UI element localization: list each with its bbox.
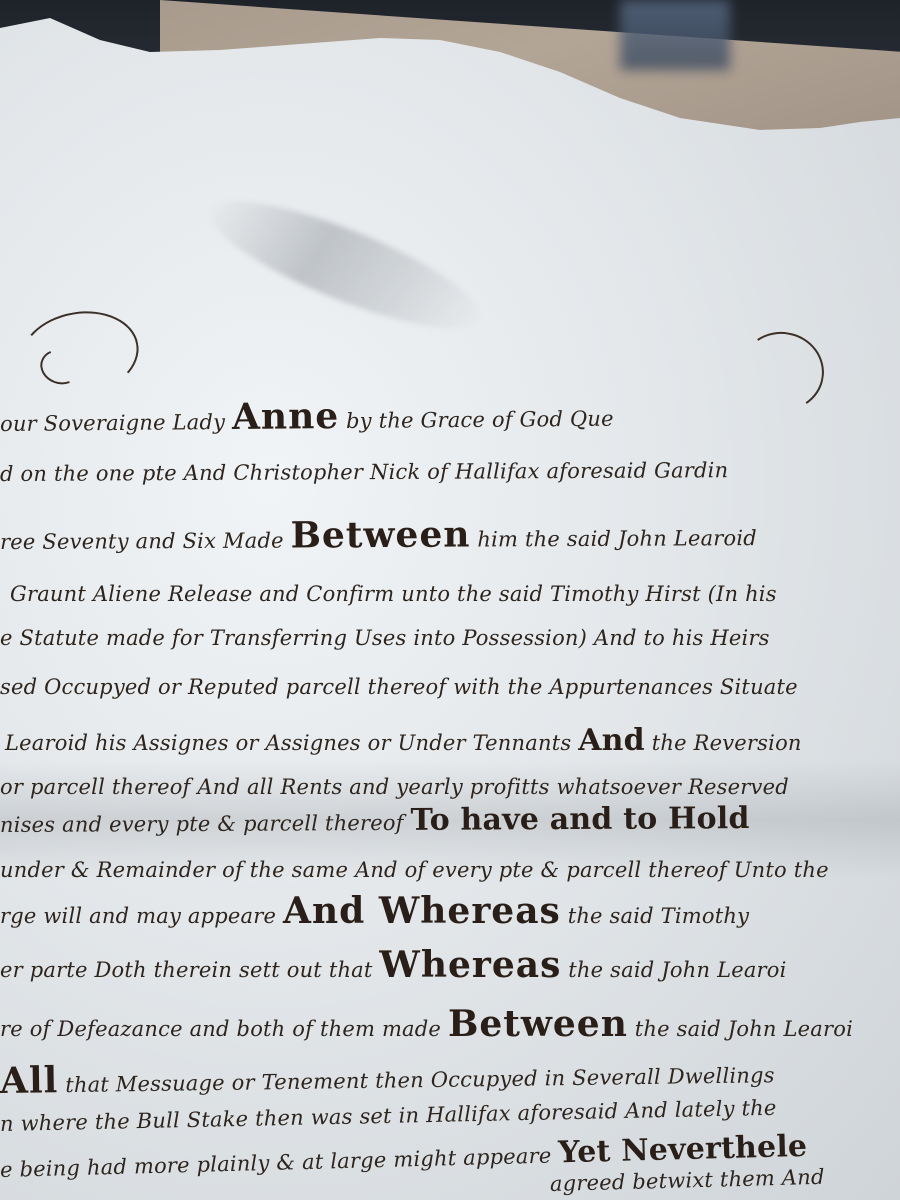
emphasized-word: And Whereas: [283, 890, 561, 932]
emphasized-word: All: [0, 1059, 59, 1102]
emphasized-word: Between: [448, 1003, 628, 1045]
line-text: the said John Learoi: [561, 958, 786, 982]
line-text: nises and every pte & parcell thereof: [0, 811, 411, 837]
document-line: our Soveraigne Lady Anne by the Grace of…: [0, 393, 614, 440]
background-object: [620, 0, 730, 70]
emphasized-word: Anne: [232, 395, 340, 438]
document-line: e Statute made for Transferring Uses int…: [0, 626, 770, 650]
line-text: er parte Doth therein sett out that: [0, 958, 379, 982]
line-text: him the said John Learoid: [470, 526, 757, 551]
line-text: e Statute made for Transferring Uses int…: [0, 626, 770, 650]
emphasized-word: Whereas: [379, 944, 561, 986]
document-line: n where the Bull Stake then was set in H…: [0, 1096, 777, 1136]
line-text: our Soveraigne Lady: [0, 410, 232, 436]
emphasized-word: Between: [290, 514, 470, 557]
document-line: rge will and may appeare And Whereas the…: [0, 890, 749, 932]
line-text: rge will and may appeare: [0, 904, 283, 928]
line-text: by the Grace of God Que: [339, 407, 614, 433]
document-line: er parte Doth therein sett out that Wher…: [0, 944, 787, 986]
emphasized-word: Yet Neverthele: [558, 1129, 808, 1171]
line-text: e being had more plainly & at large migh…: [0, 1143, 559, 1182]
document-line: sed Occupyed or Reputed parcell thereof …: [0, 675, 798, 699]
line-text: n where the Bull Stake then was set in H…: [0, 1096, 777, 1136]
line-text: the Reversion: [645, 731, 802, 755]
emphasized-word: To have and to Hold: [410, 801, 749, 838]
line-text: ree Seventy and Six Made: [0, 528, 291, 554]
document-line: All that Messuage or Tenement then Occup…: [0, 1049, 775, 1102]
line-text: d on the one pte And Christopher Nick of…: [0, 458, 728, 486]
parchment-document: our Soveraigne Lady Anne by the Grace of…: [0, 0, 900, 1200]
parchment-crease: [197, 178, 492, 352]
document-line: d on the one pte And Christopher Nick of…: [0, 458, 728, 486]
line-text: Graunt Aliene Release and Confirm unto t…: [10, 582, 777, 606]
line-text: re of Defeazance and both of them made: [0, 1017, 448, 1041]
emphasized-word: And: [578, 723, 645, 758]
line-text: that Messuage or Tenement then Occupyed …: [58, 1063, 775, 1097]
document-line: under & Remainder of the same And of eve…: [0, 858, 829, 882]
document-line: or parcell thereof And all Rents and yea…: [0, 775, 789, 799]
ink-flourish-left: [14, 302, 146, 405]
line-text: or parcell thereof And all Rents and yea…: [0, 775, 789, 799]
line-text: the said John Learoi: [628, 1017, 853, 1041]
document-line: Graunt Aliene Release and Confirm unto t…: [10, 582, 777, 606]
document-line: re of Defeazance and both of them made B…: [0, 1003, 853, 1045]
line-text: sed Occupyed or Reputed parcell thereof …: [0, 675, 798, 699]
document-line: nises and every pte & parcell thereof To…: [0, 801, 750, 840]
line-text: under & Remainder of the same And of eve…: [0, 858, 829, 882]
document-line: Learoid his Assignes or Assignes or Unde…: [5, 723, 802, 758]
line-text: Learoid his Assignes or Assignes or Unde…: [5, 731, 578, 755]
document-line: ree Seventy and Six Made Between him the…: [0, 512, 757, 558]
line-text: the said Timothy: [561, 904, 749, 928]
ink-flourish-right: [734, 325, 830, 417]
